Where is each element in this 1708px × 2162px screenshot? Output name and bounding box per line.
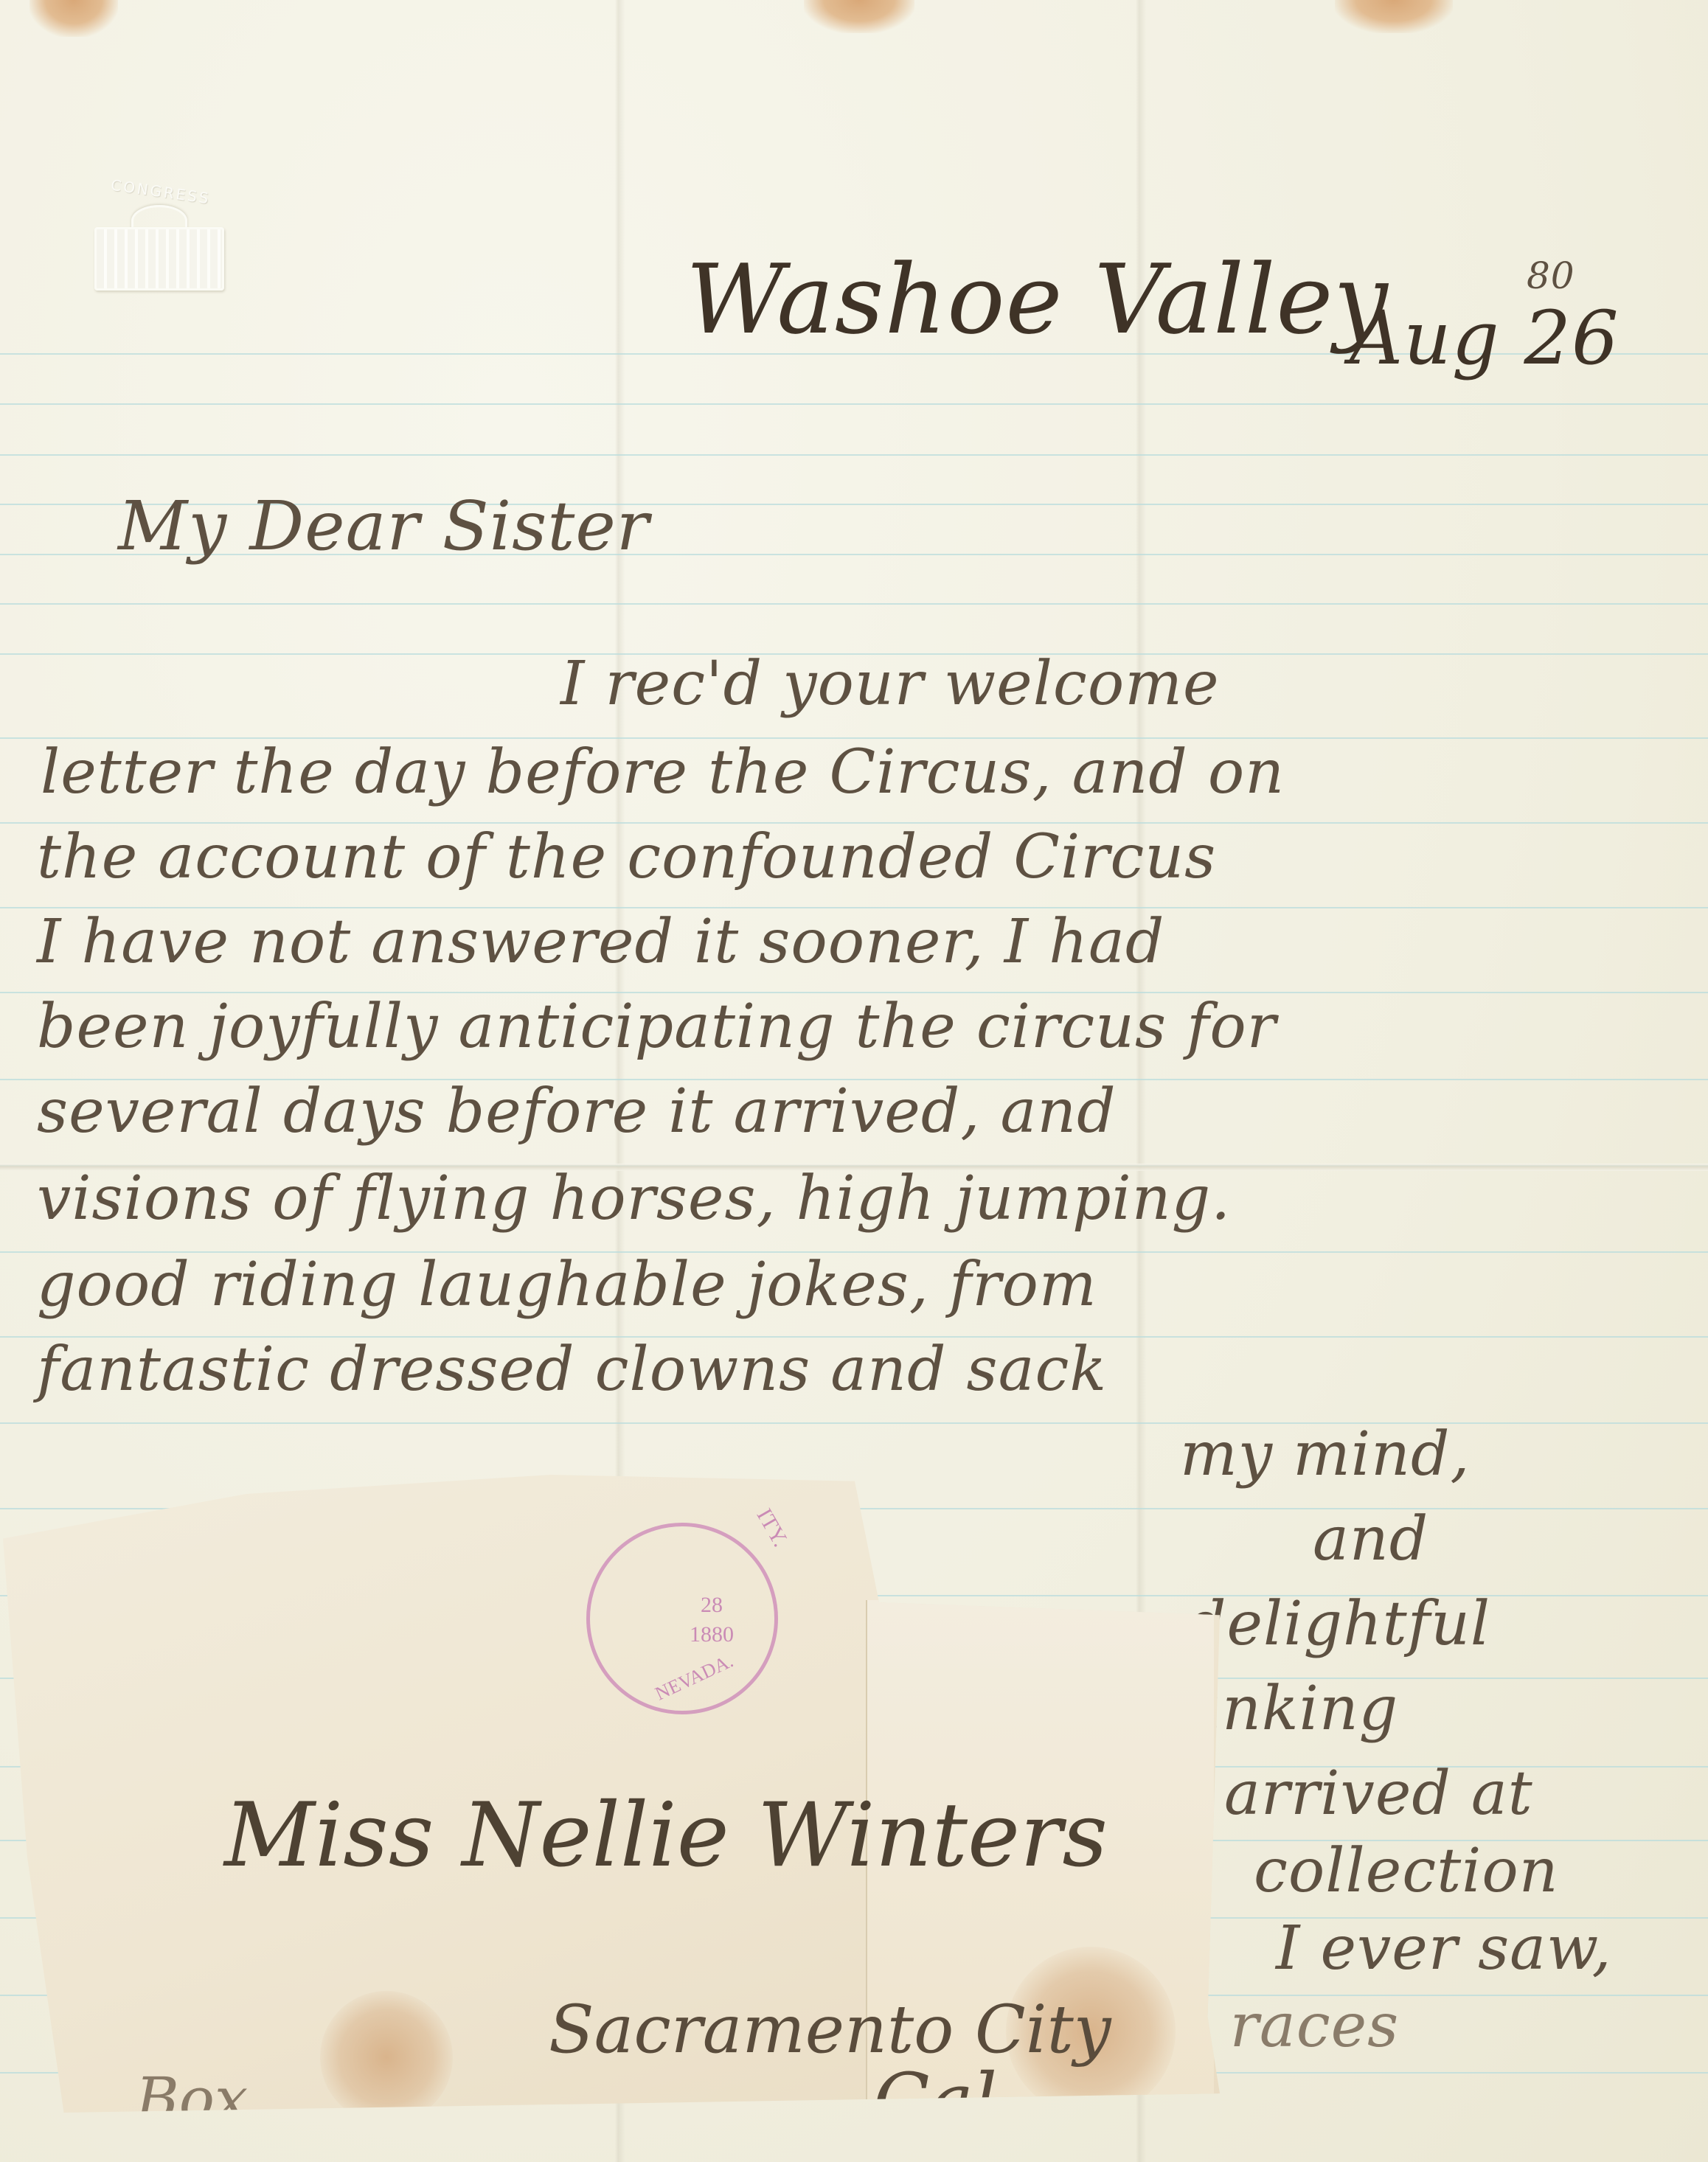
salutation: My Dear Sister — [118, 487, 650, 566]
envelope-box: Box — [136, 2065, 248, 2133]
body-line: fantastic dressed clowns and sack — [37, 1335, 1107, 1405]
body-line: the account of the confounded Circus — [37, 822, 1216, 892]
body-line: and — [1313, 1504, 1428, 1574]
body-line: been joyfully anticipating the circus fo… — [37, 992, 1277, 1062]
body-line: good riding laughable jokes, from — [37, 1250, 1097, 1320]
envelope-state: Cal — [873, 2057, 997, 2144]
body-line: visions of flying horses, high jumping. — [37, 1164, 1231, 1234]
body-line: collection — [1254, 1836, 1559, 1906]
water-stain — [804, 0, 914, 33]
body-line: I have not answered it sooner, I had — [37, 907, 1164, 977]
envelope-city: Sacramento City — [549, 1991, 1111, 2068]
postmark-year: 1880 — [690, 1622, 734, 1647]
body-line: I ever saw, — [1276, 1914, 1612, 1984]
letter-page: CONGRESS Washoe Valley Aug 26 80 My Dear… — [0, 0, 1708, 2162]
ruled-line — [0, 403, 1708, 405]
capitol-building-icon — [94, 227, 224, 291]
body-line: letter the day before the Circus, and on — [41, 737, 1285, 807]
congress-emboss-stamp: CONGRESS — [87, 183, 227, 293]
emboss-label: CONGRESS — [101, 175, 221, 209]
envelope-addressee: Miss Nellie Winters — [224, 1784, 1108, 1887]
body-line: my mind, — [1180, 1419, 1471, 1490]
letter-year: 80 — [1527, 254, 1575, 297]
body-line: several days before it arrived, and — [37, 1077, 1117, 1147]
body-line: I rec'd your welcome — [560, 649, 1220, 719]
water-stain — [29, 0, 118, 37]
ruled-line — [0, 454, 1708, 456]
ruled-line — [0, 603, 1708, 605]
body-line: delightful — [1187, 1589, 1490, 1659]
water-stain — [1335, 0, 1453, 33]
body-line: arrived at — [1224, 1759, 1533, 1829]
letter-place: Washoe Valley — [686, 243, 1389, 355]
letter-date: Aug 26 — [1350, 295, 1620, 381]
postmark-day: 28 — [701, 1593, 723, 1618]
envelope-stain — [320, 1991, 453, 2124]
